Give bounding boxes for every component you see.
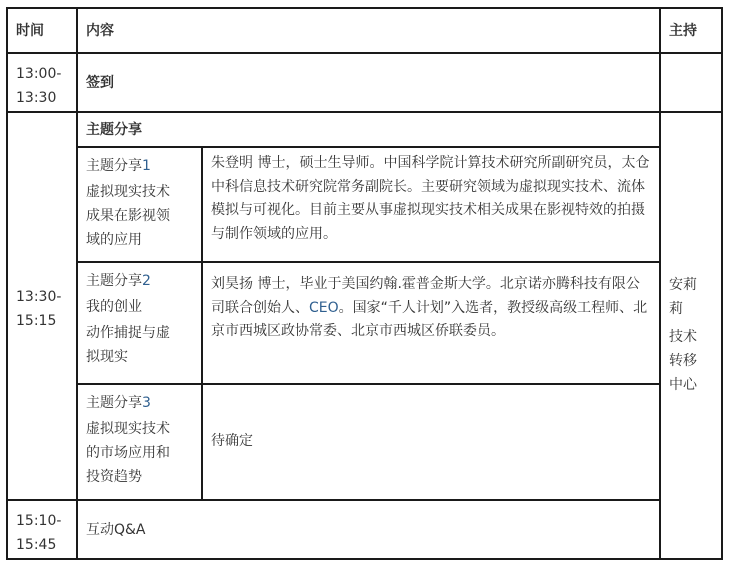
host-cell: 安莉 莉 技术 转移 中心 [660, 112, 722, 559]
talk-title-cell: 主题分享2 我的创业 动作捕捉与虚 拟现实 [78, 262, 202, 384]
speaker-bio: 朱登明 博士，硕士生导师。中国科学院计算技术研究所副研究员，太仓中科信息技术研究… [202, 147, 659, 262]
header-content: 内容 [77, 8, 660, 53]
table-row-talks: 13:30- 15:15 主题分享 主题分享1 虚拟现实技术 成果在影视领 域的… [7, 112, 722, 500]
talk-row-3: 主题分享3 虚拟现实技术 的市场应用和 投资趋势 待确定 [78, 384, 659, 499]
talk-title-line: 虚拟现实技术 [86, 417, 193, 441]
table-row-qa: 15:10- 15:45 互动Q&A [7, 500, 722, 559]
talk-title-cell: 主题分享3 虚拟现实技术 的市场应用和 投资趋势 [78, 384, 202, 499]
table-row-checkin: 13:00- 13:30 签到 [7, 53, 722, 112]
talk-title-line: 的市场应用和 [86, 441, 193, 465]
time-end: 15:15 [16, 309, 68, 333]
talk-title-cell: 主题分享1 虚拟现实技术 成果在影视领 域的应用 [78, 147, 202, 262]
talk-title-line: 我的创业 [86, 295, 193, 319]
time-start: 15:10- [16, 509, 68, 533]
talk-label: 主题分享2 [86, 269, 193, 293]
header-host: 主持 [660, 8, 722, 53]
host-line: 技术 [669, 325, 713, 349]
host-line: 莉 [669, 297, 713, 321]
talks-content-cell: 主题分享 主题分享1 虚拟现实技术 成果在影视领 域的应用 朱登明 博士，硕士生… [77, 112, 660, 500]
talk-title-line: 拟现实 [86, 345, 193, 369]
section-title-row: 主题分享 [78, 113, 659, 147]
talk-label: 主题分享3 [86, 391, 193, 415]
content-checkin: 签到 [77, 53, 660, 112]
speaker-bio: 待确定 [202, 384, 659, 499]
talk-title-line: 成果在影视领 [86, 204, 193, 228]
time-start: 13:30- [16, 285, 68, 309]
time-end: 13:30 [16, 86, 68, 110]
talk-row-1: 主题分享1 虚拟现实技术 成果在影视领 域的应用 朱登明 博士，硕士生导师。中国… [78, 147, 659, 262]
time-cell: 13:30- 15:15 [7, 112, 77, 500]
talk-row-2: 主题分享2 我的创业 动作捕捉与虚 拟现实 刘昊扬 博士，毕业于美国约翰.霍普金… [78, 262, 659, 384]
content-qa: 互动Q&A [77, 500, 660, 559]
time-cell: 13:00- 13:30 [7, 53, 77, 112]
section-title: 主题分享 [78, 113, 659, 147]
talk-label: 主题分享1 [86, 154, 193, 178]
host-line: 安莉 [669, 273, 713, 297]
talks-subtable: 主题分享 主题分享1 虚拟现实技术 成果在影视领 域的应用 朱登明 博士，硕士生… [78, 113, 659, 499]
speaker-bio: 刘昊扬 博士，毕业于美国约翰.霍普金斯大学。北京诺亦腾科技有限公司联合创始人、C… [202, 262, 659, 384]
talk-title-line: 动作捕捉与虚 [86, 321, 193, 345]
time-cell: 15:10- 15:45 [7, 500, 77, 559]
header-time: 时间 [7, 8, 77, 53]
host-line: 中心 [669, 373, 713, 397]
time-end: 15:45 [16, 533, 68, 557]
talk-title-line: 虚拟现实技术 [86, 180, 193, 204]
host-line: 转移 [669, 349, 713, 373]
talk-title-line: 域的应用 [86, 228, 193, 252]
agenda-table: 时间 内容 主持 13:00- 13:30 签到 13:30- 15:15 主题… [6, 7, 723, 560]
host-cell-empty [660, 53, 722, 112]
talk-title-line: 投资趋势 [86, 465, 193, 489]
time-start: 13:00- [16, 62, 68, 86]
header-row: 时间 内容 主持 [7, 8, 722, 53]
